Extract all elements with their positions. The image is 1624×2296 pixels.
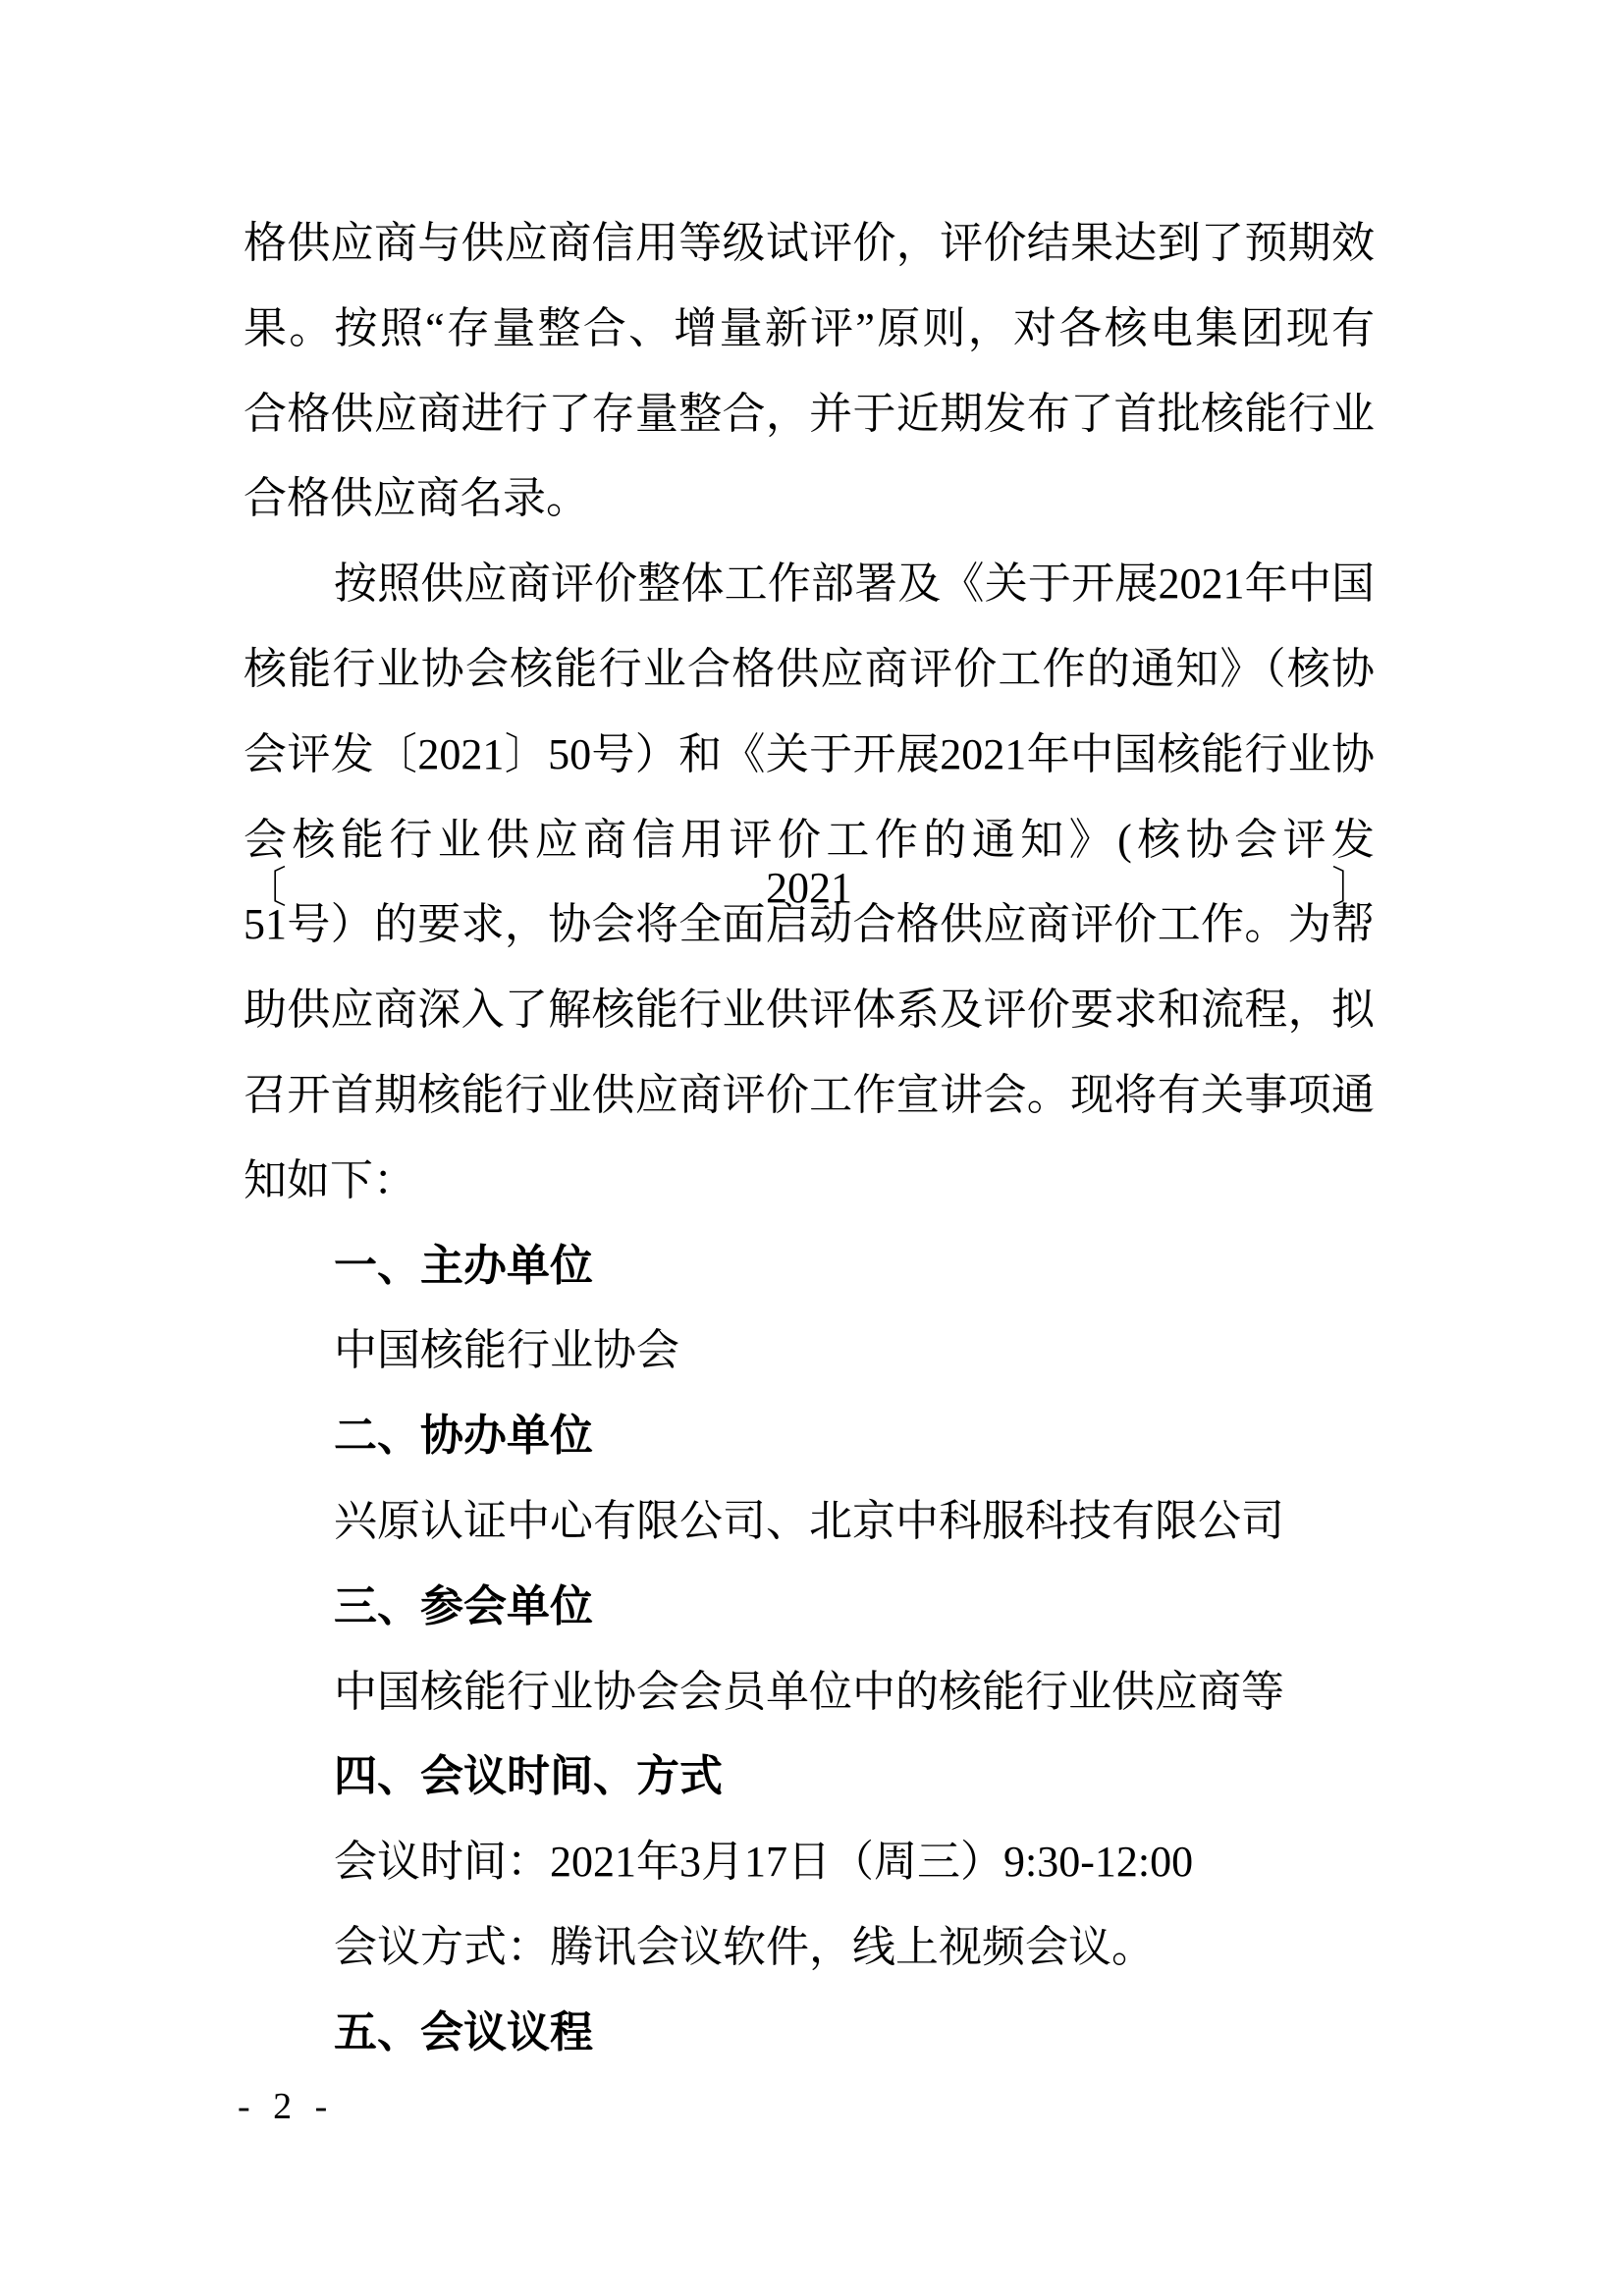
- body-text-line: 会核能行业供应商信用评价工作的通知》(核协会评发〔2021〕: [244, 816, 1375, 913]
- section-heading: 三、参会单位: [334, 1582, 593, 1630]
- body-text-line: 格供应商与供应商信用等级试评价，评价结果达到了预期效: [244, 219, 1375, 267]
- page-number: - 2 -: [238, 2087, 334, 2128]
- body-text-line: 中国核能行业协会会员单位中的核能行业供应商等: [334, 1668, 1284, 1716]
- body-text-line: 会议时间：2021年3月17日（周三）9:30-12:00: [334, 1838, 1193, 1886]
- body-text-line: 知如下：: [244, 1156, 416, 1204]
- body-text-line: 兴原认证中心有限公司、北京中科服科技有限公司: [334, 1497, 1284, 1545]
- body-text-line: 果。按照“存量整合、增量新评”原则，对各核电集团现有: [244, 304, 1375, 352]
- section-heading: 五、会议议程: [334, 2008, 593, 2056]
- body-text-line: 助供应商深入了解核能行业供评体系及评价要求和流程，拟: [244, 986, 1375, 1034]
- body-text-line: 合格供应商进行了存量整合，并于近期发布了首批核能行业: [244, 390, 1375, 438]
- section-heading: 二、协办单位: [334, 1412, 593, 1460]
- body-text-line: 会议方式：腾讯会议软件，线上视频会议。: [334, 1923, 1155, 1971]
- body-text-line: 召开首期核能行业供应商评价工作宣讲会。现将有关事项通: [244, 1071, 1375, 1119]
- body-text-line: 会评发〔2021〕50号）和《关于开展2021年中国核能行业协: [244, 730, 1375, 778]
- section-heading: 一、主办单位: [334, 1242, 593, 1290]
- body-text-line: 合格供应商名录。: [244, 474, 589, 522]
- body-text-line: 中国核能行业协会: [334, 1326, 679, 1374]
- body-text-line: 核能行业协会核能行业合格供应商评价工作的通知》（核协: [244, 645, 1375, 693]
- body-text-line: 按照供应商评价整体工作部署及《关于开展2021年中国: [334, 560, 1375, 608]
- body-text-line: 51号）的要求，协会将全面启动合格供应商评价工作。为帮: [244, 900, 1375, 948]
- section-heading: 四、会议时间、方式: [334, 1752, 723, 1800]
- document-page: 格供应商与供应商信用等级试评价，评价结果达到了预期效果。按照“存量整合、增量新评…: [0, 0, 1624, 2296]
